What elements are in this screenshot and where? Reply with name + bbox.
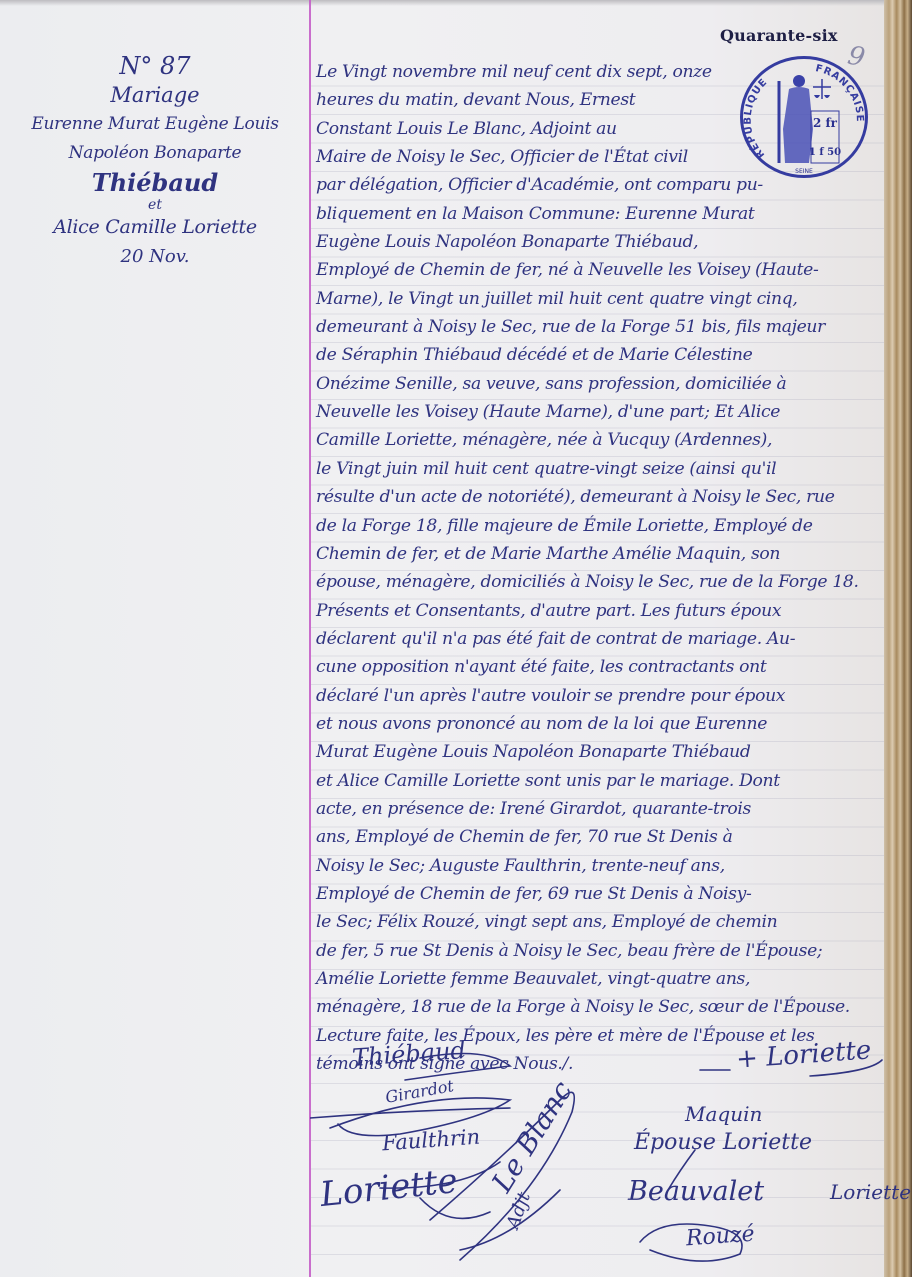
body-line: heures du matin, devant Nous, Ernest <box>316 86 736 114</box>
act-number: N° 87 <box>0 52 310 81</box>
body-line: Employé de Chemin de fer, né à Neuvelle … <box>316 256 876 284</box>
act-type: Mariage <box>0 81 310 110</box>
signature-mother-married: Épouse Loriette <box>634 1130 812 1155</box>
body-line: Le Vingt novembre mil neuf cent dix sept… <box>316 58 736 86</box>
body-line: Marne), le Vingt un juillet mil huit cen… <box>316 285 876 313</box>
conjunction: et <box>0 197 310 213</box>
body-line: Amélie Loriette femme Beauvalet, vingt-q… <box>316 965 876 993</box>
body-line: de fer, 5 rue St Denis à Noisy le Sec, b… <box>316 937 876 965</box>
signature-witness-beauvalet: Beauvalet <box>628 1176 764 1207</box>
body-line: Camille Loriette, ménagère, née à Vucquy… <box>316 426 876 454</box>
groom-given-names-2: Napoléon Bonaparte <box>0 139 310 168</box>
body-line: Constant Louis Le Blanc, Adjoint au <box>316 115 736 143</box>
act-body: Le Vingt novembre mil neuf cent dix sept… <box>316 58 876 1078</box>
body-line: Neuvelle les Voisey (Haute Marne), d'une… <box>316 398 876 426</box>
body-line: de Séraphin Thiébaud décédé et de Marie … <box>316 341 876 369</box>
body-line: Employé de Chemin de fer, 69 rue St Deni… <box>316 880 876 908</box>
page-number: Quarante-six <box>720 26 838 45</box>
signature-witness-rouze: Rouzé <box>685 1222 755 1252</box>
signature-witness-beauvalet-2: Loriette <box>830 1180 911 1204</box>
body-line: et nous avons prononcé au nom de la loi … <box>316 710 876 738</box>
body-line: ménagère, 18 rue de la Forge à Noisy le … <box>316 993 876 1021</box>
body-line: Présents et Consentants, d'autre part. L… <box>316 597 876 625</box>
body-line: déclarent qu'il n'a pas été fait de cont… <box>316 625 876 653</box>
groom-given-names-1: Eurenne Murat Eugène Louis <box>0 110 310 139</box>
margin-entry: N° 87 Mariage Eurenne Murat Eugène Louis… <box>0 52 310 271</box>
page-top-shadow <box>0 0 884 6</box>
bride-name: Alice Camille Loriette <box>0 213 310 242</box>
act-date: 20 Nov. <box>0 242 310 271</box>
body-line: Onézime Senille, sa veuve, sans professi… <box>316 370 876 398</box>
body-line: le Sec; Félix Rouzé, vingt sept ans, Emp… <box>316 908 876 936</box>
signature-mother-maiden: Maquin <box>685 1102 762 1126</box>
body-line: épouse, ménagère, domiciliés à Noisy le … <box>316 568 876 596</box>
body-line: demeurant à Noisy le Sec, rue de la Forg… <box>316 313 876 341</box>
body-line: bliquement en la Maison Commune: Eurenne… <box>316 200 876 228</box>
body-line: Chemin de fer, et de Marie Marthe Amélie… <box>316 540 876 568</box>
body-line: ans, Employé de Chemin de fer, 70 rue St… <box>316 823 876 851</box>
body-line: le Vingt juin mil huit cent quatre-vingt… <box>316 455 876 483</box>
body-line: de la Forge 18, fille majeure de Émile L… <box>316 512 876 540</box>
body-line: déclaré l'un après l'autre vouloir se pr… <box>316 682 876 710</box>
body-line: Murat Eugène Louis Napoléon Bonaparte Th… <box>316 738 876 766</box>
body-line: Eugène Louis Napoléon Bonaparte Thiébaud… <box>316 228 876 256</box>
body-line: Noisy le Sec; Auguste Faulthrin, trente-… <box>316 852 876 880</box>
body-line: Maire de Noisy le Sec, Officier de l'Éta… <box>316 143 736 171</box>
body-line: résulte d'un acte de notoriété), demeura… <box>316 483 876 511</box>
body-line: par délégation, Officier d'Académie, ont… <box>316 171 876 199</box>
groom-surname: Thiébaud <box>0 168 310 197</box>
body-line: acte, en présence de: Irené Girardot, qu… <box>316 795 876 823</box>
signature-flourishes <box>310 1040 890 1277</box>
body-line: cune opposition n'ayant été faite, les c… <box>316 653 876 681</box>
body-line: et Alice Camille Loriette sont unis par … <box>316 767 876 795</box>
